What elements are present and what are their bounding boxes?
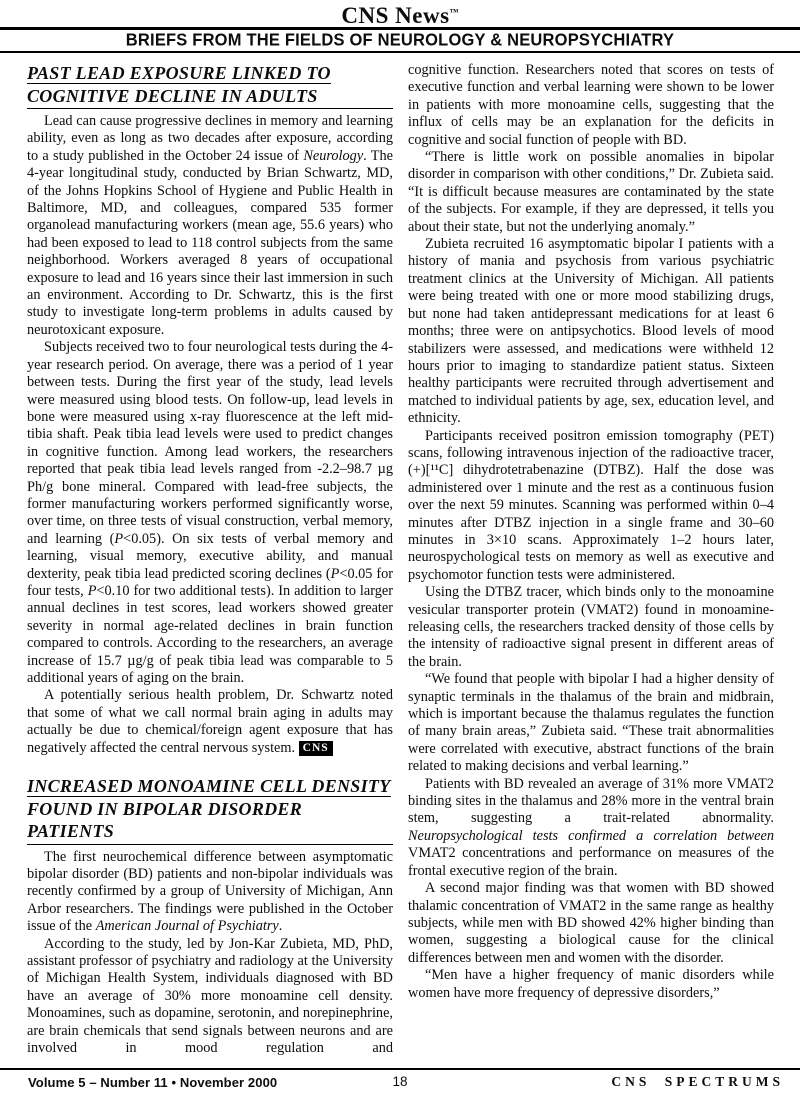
paragraph: According to the study, led by Jon-Kar Z… [27,936,393,1058]
footer-row: Volume 5 – Number 11 • November 2000 18 … [0,1070,800,1096]
paragraph: cognitive function. Researchers noted th… [408,62,774,149]
masthead-title: CNS News™ [0,1,800,27]
paragraph: Patients with BD revealed an average of … [408,776,774,880]
article-body: PAST LEAD EXPOSURE LINKED TOCOGNITIVE DE… [0,53,800,1070]
paragraph: “There is little work on possible anomal… [408,149,774,236]
paragraph: Subjects received two to four neurologic… [27,339,393,687]
magazine-page: CNS News™ BRIEFS FROM THE FIELDS OF NEUR… [0,0,800,1096]
article-heading-line: INCREASED MONOAMINE CELL DENSITY [27,775,393,798]
article-heading-line: COGNITIVE DECLINE IN ADULTS [27,85,393,110]
article-heading-line: FOUND IN BIPOLAR DISORDER PATIENTS [27,798,393,845]
paragraph: Participants received positron emission … [408,428,774,585]
masthead-text: CNS News [341,3,449,28]
cns-end-of-article-marker: CNS [299,741,333,756]
banner-title: BRIEFS FROM THE FIELDS OF NEUROLOGY & NE… [0,30,800,52]
paragraph: “Men have a higher frequency of manic di… [408,967,774,1002]
paragraph: A second major finding was that women wi… [408,880,774,967]
paragraph: The first neurochemical difference betwe… [27,849,393,936]
paragraph: Zubieta recruited 16 asymptomatic bipola… [408,236,774,427]
paragraph: “We found that people with bipolar I had… [408,671,774,775]
article-heading-line: PAST LEAD EXPOSURE LINKED TO [27,62,393,85]
page-header: CNS News™ BRIEFS FROM THE FIELDS OF NEUR… [0,0,800,53]
text-column-right: cognitive function. Researchers noted th… [408,62,774,1070]
trademark-symbol: ™ [450,7,459,17]
article-heading: PAST LEAD EXPOSURE LINKED TOCOGNITIVE DE… [27,62,393,109]
paragraph: A potentially serious health problem, Dr… [27,687,393,757]
paragraph: Using the DTBZ tracer, which binds only … [408,584,774,671]
footer-journal-name: CNS SPECTRUMS [611,1074,784,1090]
page-footer: Volume 5 – Number 11 • November 2000 18 … [0,1068,800,1096]
paragraph: Lead can cause progressive declines in m… [27,113,393,339]
text-column-left: PAST LEAD EXPOSURE LINKED TOCOGNITIVE DE… [27,62,393,1070]
article-heading: INCREASED MONOAMINE CELL DENSITYFOUND IN… [27,775,393,845]
